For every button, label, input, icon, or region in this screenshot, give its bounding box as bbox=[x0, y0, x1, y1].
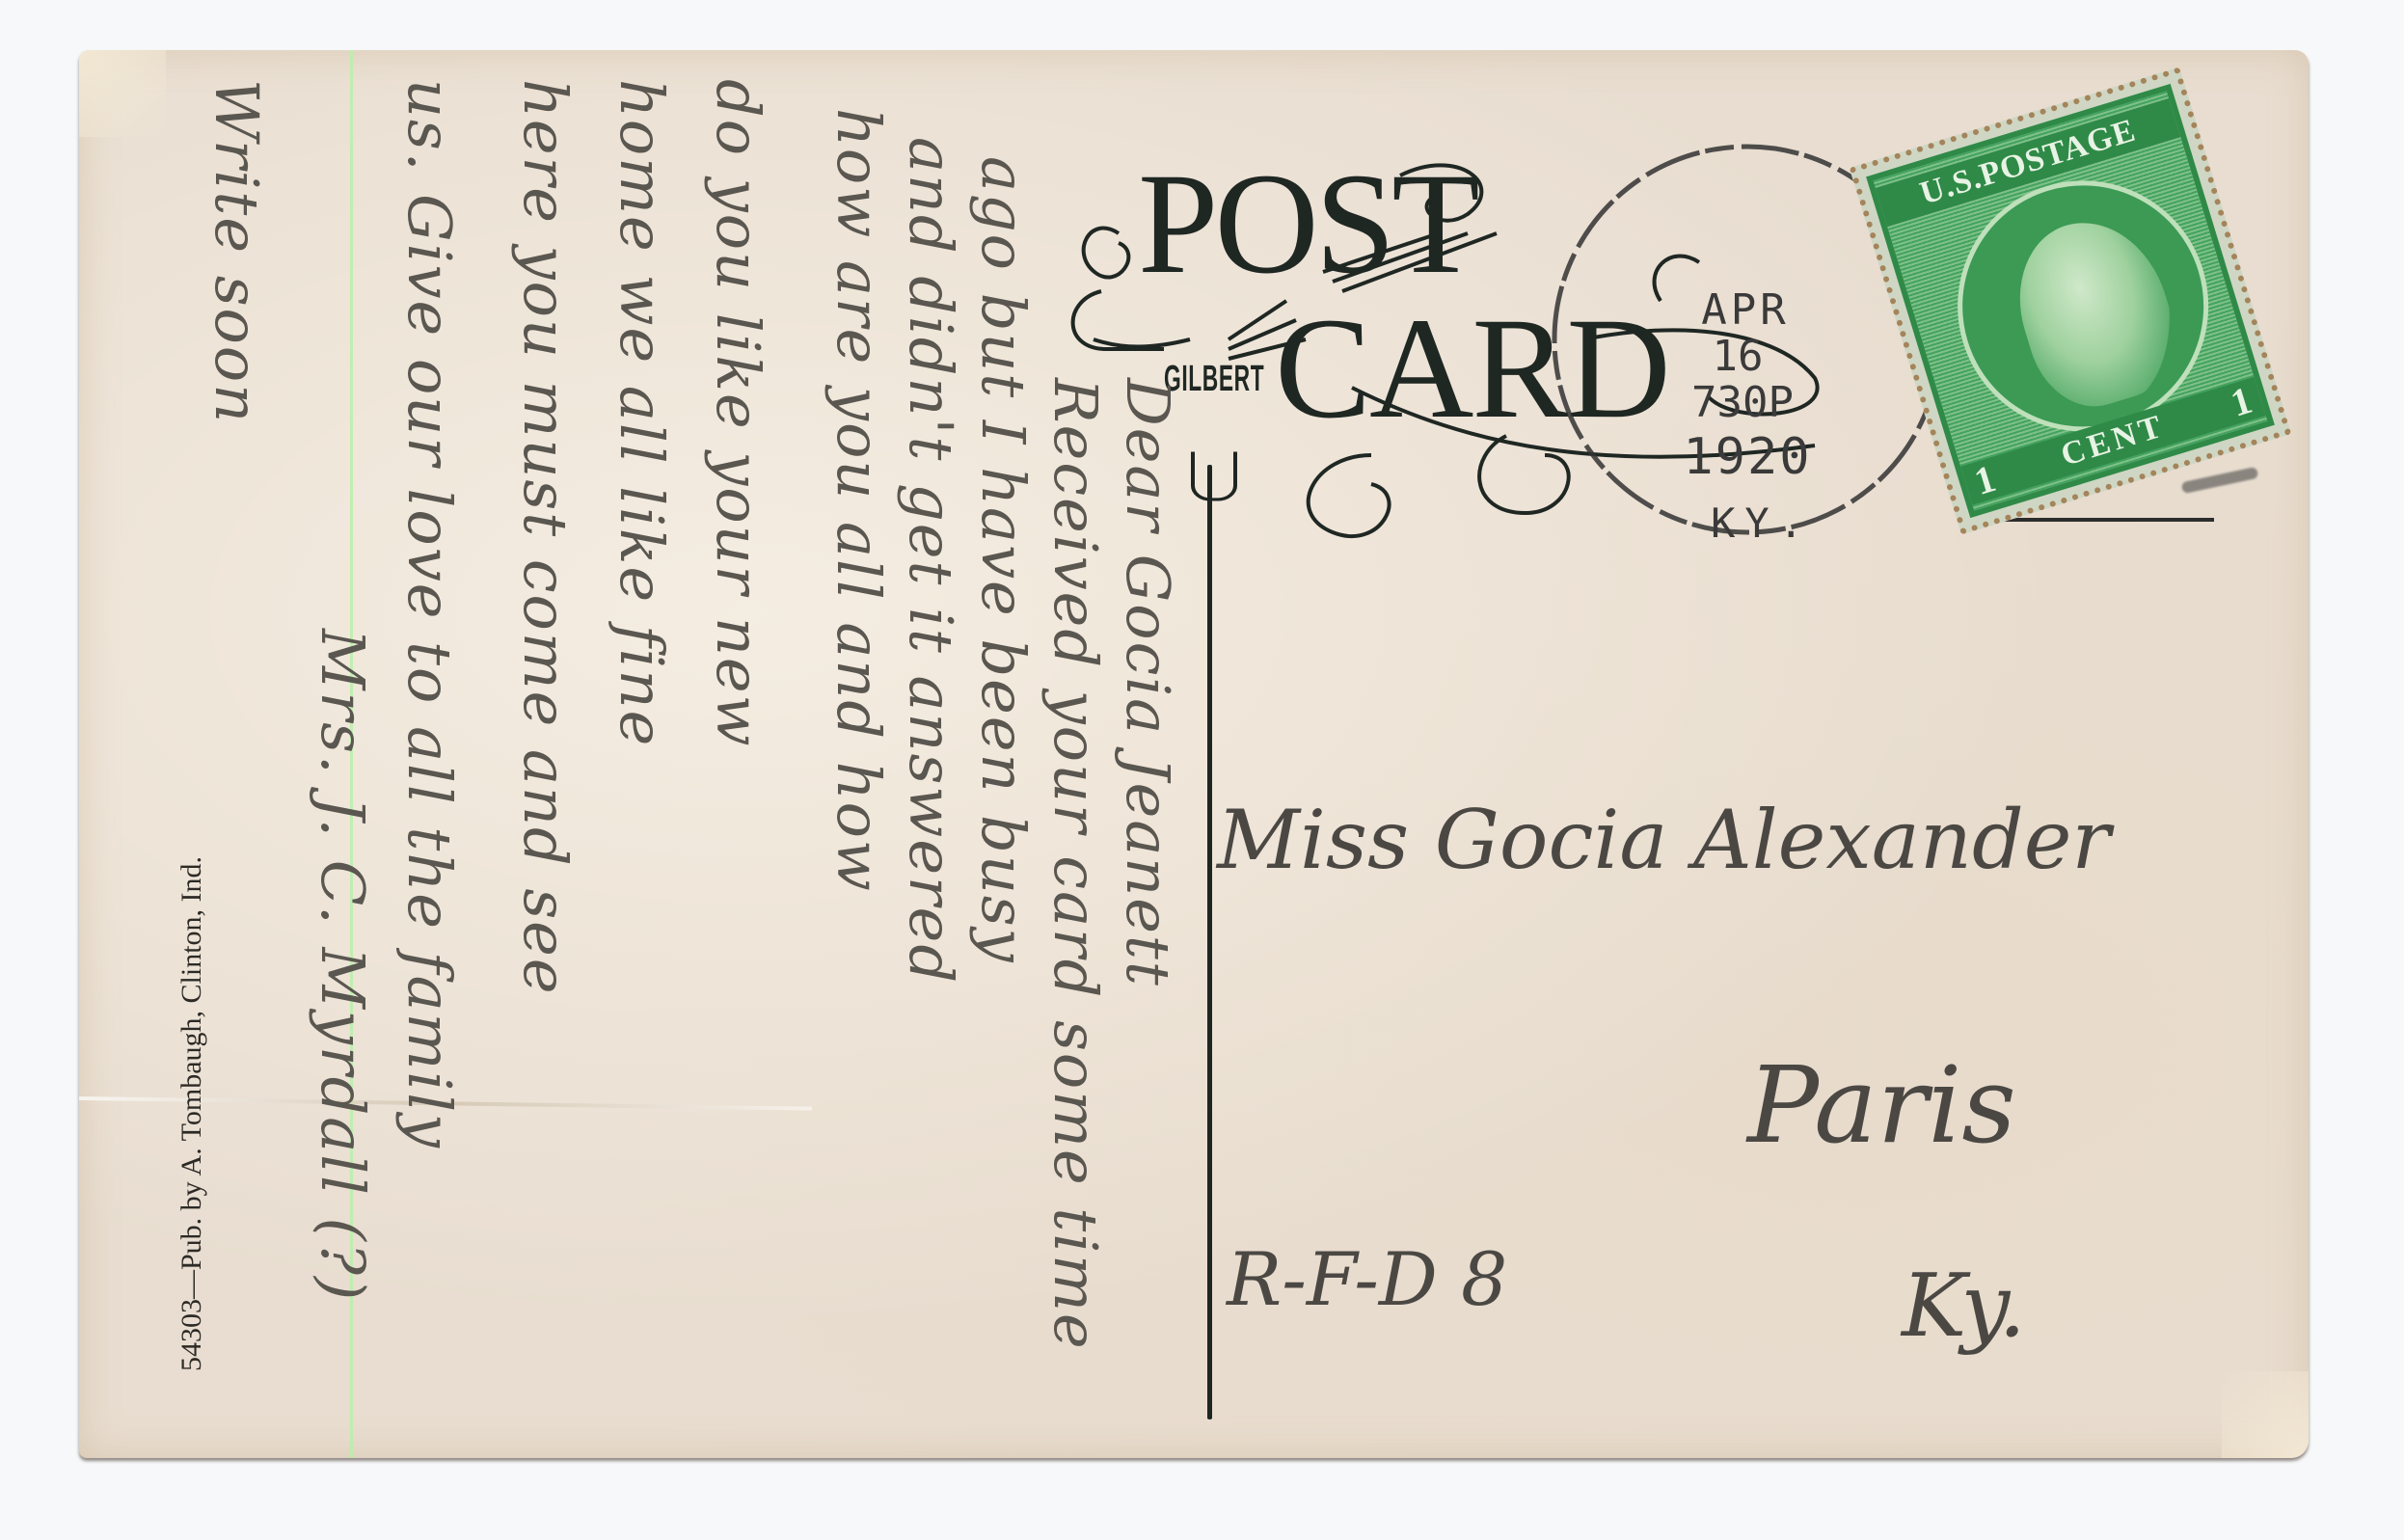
recipient-city: Paris bbox=[1747, 1043, 2016, 1167]
message-line: us. Give our love to all the family bbox=[394, 79, 465, 1149]
postage-stamp: U.S.POSTAGE CENT 1 1 bbox=[1866, 84, 2275, 518]
postcard-back: POST CARD GILBERT APR 16 730P 1920 KY. bbox=[79, 50, 2309, 1458]
recipient-name: Miss Gocia Alexander bbox=[1217, 793, 2111, 887]
washington-portrait-icon bbox=[1999, 203, 2191, 421]
message-line: and didn't get it answered bbox=[896, 137, 966, 985]
message-line: home we all like fine bbox=[607, 79, 677, 747]
message-line: how are you all and how bbox=[824, 108, 894, 893]
corner-wear bbox=[79, 50, 166, 137]
message-address-divider bbox=[1207, 465, 1212, 1419]
message-signature: Mrs. J. C. Myrdall (?) bbox=[308, 629, 378, 1302]
postmark-state: KY. bbox=[1699, 503, 1824, 544]
postmark-month: APR bbox=[1668, 289, 1823, 332]
corner-wear bbox=[2222, 1371, 2309, 1458]
postmark-time: 730P bbox=[1670, 382, 1815, 424]
message-line: ago but I have been busy bbox=[968, 156, 1039, 964]
message-line: do you like your new bbox=[703, 79, 773, 748]
message-line: here you must come and see bbox=[510, 79, 581, 996]
message-line: Received your card some time bbox=[1040, 378, 1111, 1351]
logo-card-text: CARD bbox=[1275, 296, 1669, 441]
postmark-day: 16 bbox=[1680, 336, 1796, 378]
divider-ornament bbox=[1191, 451, 1237, 500]
postmark-year: 1920 bbox=[1661, 432, 1834, 482]
message-line: Dear Gocia Jeanett bbox=[1113, 378, 1183, 987]
logo-post-text: POST bbox=[1138, 151, 1476, 296]
recipient-route: R-F-D 8 bbox=[1227, 1236, 1507, 1322]
publisher-imprint: 54303—Pub. by A. Tombaugh, Clinton, Ind. bbox=[176, 856, 208, 1371]
message-line: Write soon bbox=[202, 79, 272, 424]
recipient-state: Ky. bbox=[1902, 1256, 2026, 1357]
